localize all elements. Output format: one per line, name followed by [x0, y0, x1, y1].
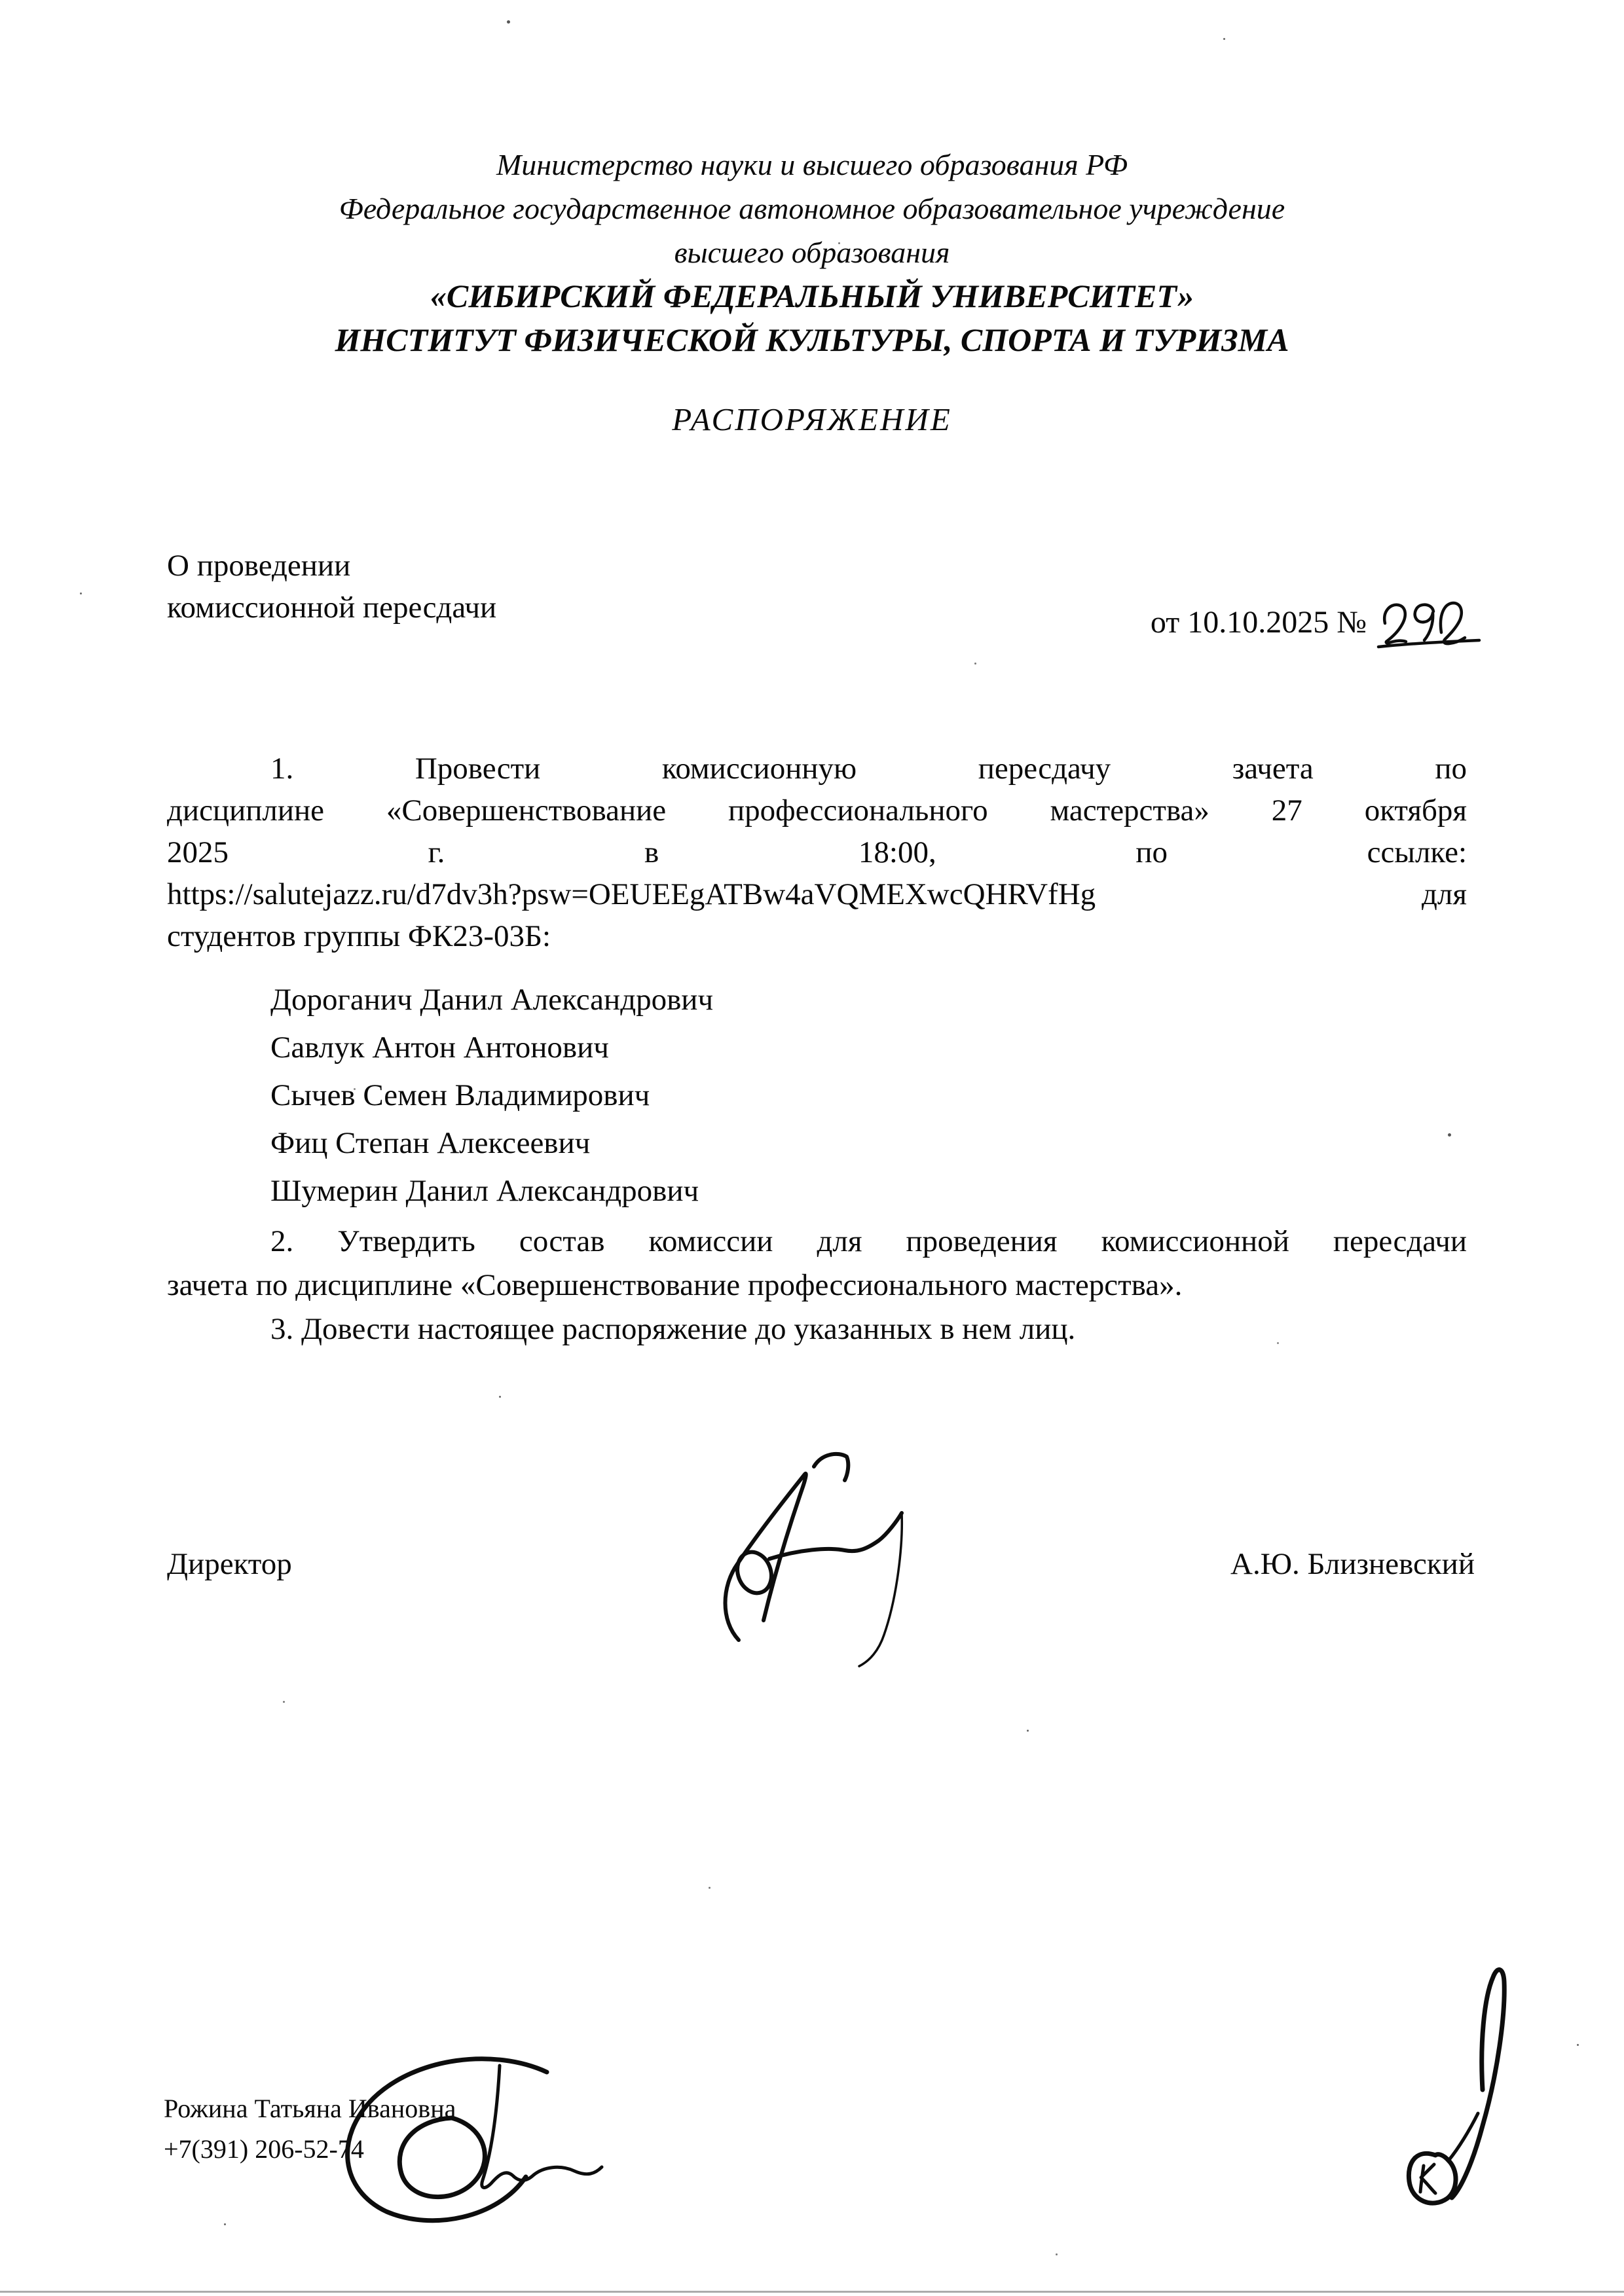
university-name: «СИБИРСКИЙ ФЕДЕРАЛЬНЫЙ УНИВЕРСИТЕТ» — [0, 274, 1624, 318]
paragraph2-line2: зачета по дисциплине «Совершенствование … — [167, 1266, 1467, 1305]
paragraph1-line1: 1. Провести комиссионную пересдачу зачет… — [167, 749, 1467, 788]
subject-line-2: комиссионной пересдачи — [167, 587, 496, 629]
director-signature — [707, 1437, 917, 1669]
document-subject: О проведении комиссионной пересдачи — [167, 545, 496, 629]
institution-line: Федеральное государственное автономное о… — [0, 187, 1624, 230]
paragraph1-line2: дисциплине «Совершенствование профессион… — [167, 791, 1467, 830]
scan-bottom-edge — [0, 2291, 1624, 2293]
corner-signature — [1383, 1952, 1547, 2214]
institute-name: ИНСТИТУТ ФИЗИЧЕСКОЙ КУЛЬТУРЫ, СПОРТА И Т… — [0, 318, 1624, 362]
student-name-5: Шумерин Данил Александрович — [167, 1171, 1467, 1211]
scanned-document-page: Министерство науки и высшего образования… — [0, 0, 1624, 2296]
student-name-4: Фиц Степан Алексеевич — [167, 1123, 1467, 1163]
handwritten-number: 292 — [1376, 600, 1488, 651]
letterhead: Министерство науки и высшего образования… — [0, 143, 1624, 362]
date-prefix: от 10.10.2025 № — [1151, 604, 1367, 642]
paragraph2-line1: 2. Утвердить состав комиссии для проведе… — [167, 1222, 1467, 1261]
subject-line-1: О проведении — [167, 545, 496, 587]
education-level-line: высшего образования — [0, 230, 1624, 274]
student-name-1: Дороганич Данил Александрович — [167, 980, 1467, 1019]
student-name-2: Савлук Антон Антонович — [167, 1028, 1467, 1067]
date-and-number: от 10.10.2025 № 292 — [1151, 591, 1488, 642]
paragraph1-line5: студентов группы ФК23-03Б: — [167, 917, 1467, 956]
signer-role: Директор — [167, 1546, 292, 1582]
paragraph1-line4-url: https://salutejazz.ru/d7dv3h?psw=OEUEEgA… — [167, 875, 1467, 914]
ministry-line: Министерство науки и высшего образования… — [0, 143, 1624, 187]
signer-name: А.Ю. Близневский — [1230, 1546, 1475, 1582]
scan-noise-specks — [0, 0, 2, 2]
document-title: РАСПОРЯЖЕНИЕ — [0, 401, 1624, 438]
contact-signature — [331, 2043, 612, 2229]
paragraph1-line3: 2025 г. в 18:00, по ссылке: — [167, 833, 1467, 872]
student-name-3: Сычев Семен Владимирович — [167, 1076, 1467, 1115]
paragraph3: 3. Довести настоящее распоряжение до ука… — [167, 1309, 1467, 1349]
handwritten-number-strokes: 292 — [1376, 600, 1488, 652]
